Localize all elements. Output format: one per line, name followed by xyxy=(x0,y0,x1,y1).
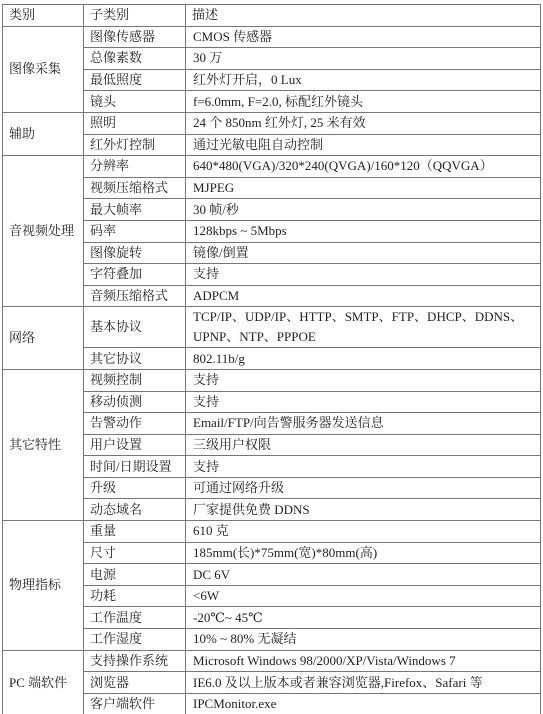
table-row: 升级可通过网络升级 xyxy=(3,477,541,499)
description-cell: TCP/IP、UDP/IP、HTTP、SMTP、FTP、DHCP、DDNS、UP… xyxy=(186,307,541,348)
description-cell: Microsoft Windows 98/2000/XP/Vista/Windo… xyxy=(186,650,541,672)
subcategory-cell: 字符叠加 xyxy=(84,264,186,286)
category-cell: 网络 xyxy=(3,307,84,370)
subcategory-cell: 浏览器 xyxy=(84,672,186,694)
description-cell: 支持 xyxy=(186,369,541,391)
table-row: 浏览器IE6.0 及以上版本或者兼容浏览器,Firefox、Safari 等 xyxy=(3,672,541,694)
description-cell: IPCMonitor.exe xyxy=(186,693,541,714)
category-cell: 辅助 xyxy=(3,112,84,155)
subcategory-cell: 总像素数 xyxy=(84,48,186,70)
table-row: 码率128kbps ~ 5Mbps xyxy=(3,220,541,242)
subcategory-cell: 其它协议 xyxy=(84,348,186,370)
table-row: 其它协议802.11b/g xyxy=(3,348,541,370)
description-cell: DC 6V xyxy=(186,564,541,586)
subcategory-cell: 照明 xyxy=(84,112,186,134)
subcategory-cell: 告警动作 xyxy=(84,413,186,435)
description-cell: 128kbps ~ 5Mbps xyxy=(186,220,541,242)
subcategory-cell: 基本协议 xyxy=(84,307,186,348)
description-cell: -20℃~ 45℃ xyxy=(186,607,541,629)
description-cell: 802.11b/g xyxy=(186,348,541,370)
subcategory-cell: 分辨率 xyxy=(84,156,186,178)
table-row: 视频压缩格式MJPEG xyxy=(3,177,541,199)
subcategory-cell: 红外灯控制 xyxy=(84,134,186,156)
description-cell: 可通过网络升级 xyxy=(186,477,541,499)
subcategory-cell: 码率 xyxy=(84,220,186,242)
subcategory-cell: 支持操作系统 xyxy=(84,650,186,672)
subcategory-cell: 重量 xyxy=(84,521,186,543)
subcategory-cell: 工作温度 xyxy=(84,607,186,629)
table-row: 告警动作Email/FTP/向告警服务器发送信息 xyxy=(3,413,541,435)
table-row: PC 端软件支持操作系统Microsoft Windows 98/2000/XP… xyxy=(3,650,541,672)
table-row: 时间/日期设置支持 xyxy=(3,456,541,478)
table-row: 工作温度-20℃~ 45℃ xyxy=(3,607,541,629)
description-cell: 厂家提供免费 DDNS xyxy=(186,499,541,521)
table-row: 客户端软件IPCMonitor.exe xyxy=(3,693,541,714)
header-category: 类别 xyxy=(3,5,84,27)
table-row: 移动侦测支持 xyxy=(3,391,541,413)
description-cell: 185mm(长)*75mm(宽)*80mm(高) xyxy=(186,542,541,564)
category-cell: 物理指标 xyxy=(3,521,84,651)
description-cell: 640*480(VGA)/320*240(QVGA)/160*120（QQVGA… xyxy=(186,156,541,178)
table-row: 音频压缩格式ADPCM xyxy=(3,285,541,307)
description-cell: 支持 xyxy=(186,264,541,286)
subcategory-cell: 升级 xyxy=(84,477,186,499)
description-cell: IE6.0 及以上版本或者兼容浏览器,Firefox、Safari 等 xyxy=(186,672,541,694)
description-cell: Email/FTP/向告警服务器发送信息 xyxy=(186,413,541,435)
table-row: 总像素数30 万 xyxy=(3,48,541,70)
table-row: 最大帧率30 帧/秒 xyxy=(3,199,541,221)
description-cell: f=6.0mm, F=2.0, 标配红外镜头 xyxy=(186,91,541,113)
table-row: 功耗<6W xyxy=(3,585,541,607)
subcategory-cell: 最大帧率 xyxy=(84,199,186,221)
header-description: 描述 xyxy=(186,5,541,27)
description-cell: 支持 xyxy=(186,391,541,413)
table-row: 镜头f=6.0mm, F=2.0, 标配红外镜头 xyxy=(3,91,541,113)
subcategory-cell: 功耗 xyxy=(84,585,186,607)
table-header-row: 类别 子类别 描述 xyxy=(3,5,541,27)
spec-table: 类别 子类别 描述 图像采集图像传感器CMOS 传感器总像素数30 万最低照度红… xyxy=(2,4,541,714)
description-cell: <6W xyxy=(186,585,541,607)
subcategory-cell: 动态域名 xyxy=(84,499,186,521)
table-row: 辅助照明24 个 850nm 红外灯, 25 米有效 xyxy=(3,112,541,134)
description-cell: 三级用户权限 xyxy=(186,434,541,456)
subcategory-cell: 时间/日期设置 xyxy=(84,456,186,478)
description-cell: 610 克 xyxy=(186,521,541,543)
description-cell: 通过光敏电阻自动控制 xyxy=(186,134,541,156)
table-row: 用户设置三级用户权限 xyxy=(3,434,541,456)
category-cell: 图像采集 xyxy=(3,26,84,112)
subcategory-cell: 最低照度 xyxy=(84,69,186,91)
subcategory-cell: 图像旋转 xyxy=(84,242,186,264)
table-row: 网络基本协议TCP/IP、UDP/IP、HTTP、SMTP、FTP、DHCP、D… xyxy=(3,307,541,348)
subcategory-cell: 电源 xyxy=(84,564,186,586)
table-row: 电源DC 6V xyxy=(3,564,541,586)
description-cell: 红外灯开启，0 Lux xyxy=(186,69,541,91)
table-row: 动态域名厂家提供免费 DDNS xyxy=(3,499,541,521)
description-cell: 镜像/倒置 xyxy=(186,242,541,264)
table-row: 图像旋转镜像/倒置 xyxy=(3,242,541,264)
table-row: 工作湿度10% ~ 80% 无凝结 xyxy=(3,629,541,651)
category-cell: 音视频处理 xyxy=(3,156,84,307)
description-cell: 支持 xyxy=(186,456,541,478)
spec-sheet-page: 类别 子类别 描述 图像采集图像传感器CMOS 传感器总像素数30 万最低照度红… xyxy=(0,4,543,714)
category-cell: 其它特性 xyxy=(3,369,84,520)
table-row: 其它特性视频控制支持 xyxy=(3,369,541,391)
spec-table-body: 图像采集图像传感器CMOS 传感器总像素数30 万最低照度红外灯开启，0 Lux… xyxy=(3,26,541,714)
subcategory-cell: 用户设置 xyxy=(84,434,186,456)
subcategory-cell: 视频控制 xyxy=(84,369,186,391)
subcategory-cell: 镜头 xyxy=(84,91,186,113)
description-cell: ADPCM xyxy=(186,285,541,307)
description-cell: 30 帧/秒 xyxy=(186,199,541,221)
subcategory-cell: 视频压缩格式 xyxy=(84,177,186,199)
table-row: 字符叠加支持 xyxy=(3,264,541,286)
description-cell: CMOS 传感器 xyxy=(186,26,541,48)
description-cell: 30 万 xyxy=(186,48,541,70)
subcategory-cell: 尺寸 xyxy=(84,542,186,564)
subcategory-cell: 客户端软件 xyxy=(84,693,186,714)
subcategory-cell: 工作湿度 xyxy=(84,629,186,651)
subcategory-cell: 移动侦测 xyxy=(84,391,186,413)
table-row: 物理指标重量610 克 xyxy=(3,521,541,543)
description-cell: 24 个 850nm 红外灯, 25 米有效 xyxy=(186,112,541,134)
description-cell: 10% ~ 80% 无凝结 xyxy=(186,629,541,651)
table-row: 最低照度红外灯开启，0 Lux xyxy=(3,69,541,91)
category-cell: PC 端软件 xyxy=(3,650,84,714)
table-row: 音视频处理分辨率640*480(VGA)/320*240(QVGA)/160*1… xyxy=(3,156,541,178)
subcategory-cell: 图像传感器 xyxy=(84,26,186,48)
table-row: 尺寸185mm(长)*75mm(宽)*80mm(高) xyxy=(3,542,541,564)
description-cell: MJPEG xyxy=(186,177,541,199)
subcategory-cell: 音频压缩格式 xyxy=(84,285,186,307)
header-subcategory: 子类别 xyxy=(84,5,186,27)
table-row: 图像采集图像传感器CMOS 传感器 xyxy=(3,26,541,48)
table-row: 红外灯控制通过光敏电阻自动控制 xyxy=(3,134,541,156)
